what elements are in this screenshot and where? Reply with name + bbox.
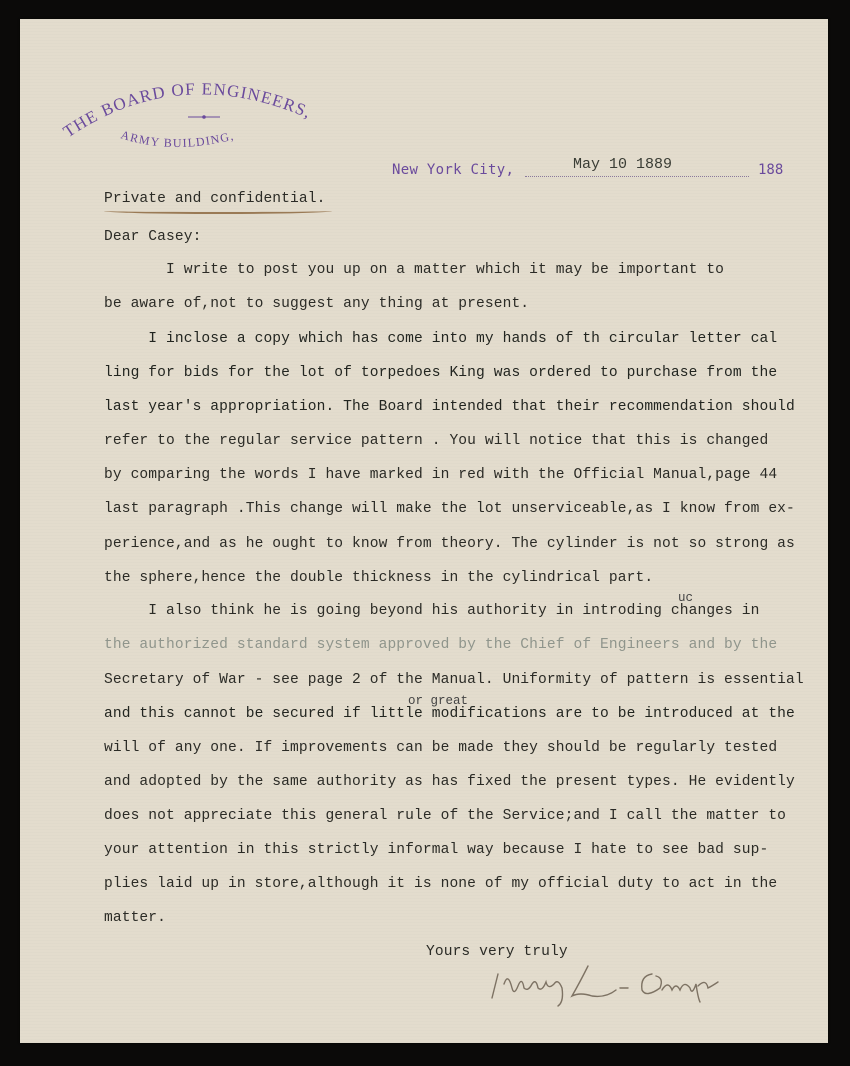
letterhead-arc-text: THE BOARD OF ENGINEERS, ARMY BUILDING, — [48, 60, 338, 160]
body-line-14: and this cannot be secured if little mod… — [104, 706, 795, 722]
body-line-6: refer to the regular service pattern . Y… — [104, 433, 768, 449]
signature-scrawl — [484, 962, 734, 1012]
body-line-9: perience,and as he ought to know from th… — [104, 536, 795, 552]
closing: Yours very truly — [426, 944, 568, 960]
handwritten-signature — [484, 962, 734, 1012]
body-line-20: matter. — [104, 910, 166, 926]
red-underline — [104, 208, 332, 214]
body-line-15: will of any one. If improvements can be … — [104, 740, 777, 756]
date-dotted-line — [525, 176, 749, 177]
body-line-8: last paragraph .This change will make th… — [104, 501, 795, 517]
letter-date: May 10 1889 — [573, 156, 672, 173]
svg-text:THE BOARD OF ENGINEERS,: THE BOARD OF ENGINEERS, — [60, 79, 315, 141]
header-note: Private and confidential. — [104, 191, 325, 207]
body-line-2: be aware of,not to suggest any thing at … — [104, 296, 529, 312]
body-line-7: by comparing the words I have marked in … — [104, 467, 777, 483]
body-line-1: I write to post you up on a matter which… — [104, 262, 724, 278]
body-line-3: I inclose a copy which has come into my … — [104, 331, 777, 347]
city-label: New York City, — [392, 162, 514, 178]
body-line-19: plies laid up in store,although it is no… — [104, 876, 777, 892]
body-line-10: the sphere,hence the double thickness in… — [104, 570, 653, 586]
printed-year-prefix: 188 — [758, 162, 783, 178]
body-line-16: and adopted by the same authority as has… — [104, 774, 795, 790]
body-line-17: does not appreciate this general rule of… — [104, 808, 786, 824]
body-line-4: ling for bids for the lot of torpedoes K… — [104, 365, 777, 381]
salutation: Dear Casey: — [104, 229, 201, 245]
letterhead: THE BOARD OF ENGINEERS, ARMY BUILDING, — [48, 60, 338, 160]
body-line-13: Secretary of War - see page 2 of the Man… — [104, 672, 804, 688]
svg-text:ARMY BUILDING,: ARMY BUILDING, — [119, 128, 235, 150]
body-line-5: last year's appropriation. The Board int… — [104, 399, 795, 415]
body-line-11: I also think he is going beyond his auth… — [104, 603, 759, 619]
body-line-18: your attention in this strictly informal… — [104, 842, 768, 858]
body-line-12: the authorized standard system approved … — [104, 637, 777, 653]
